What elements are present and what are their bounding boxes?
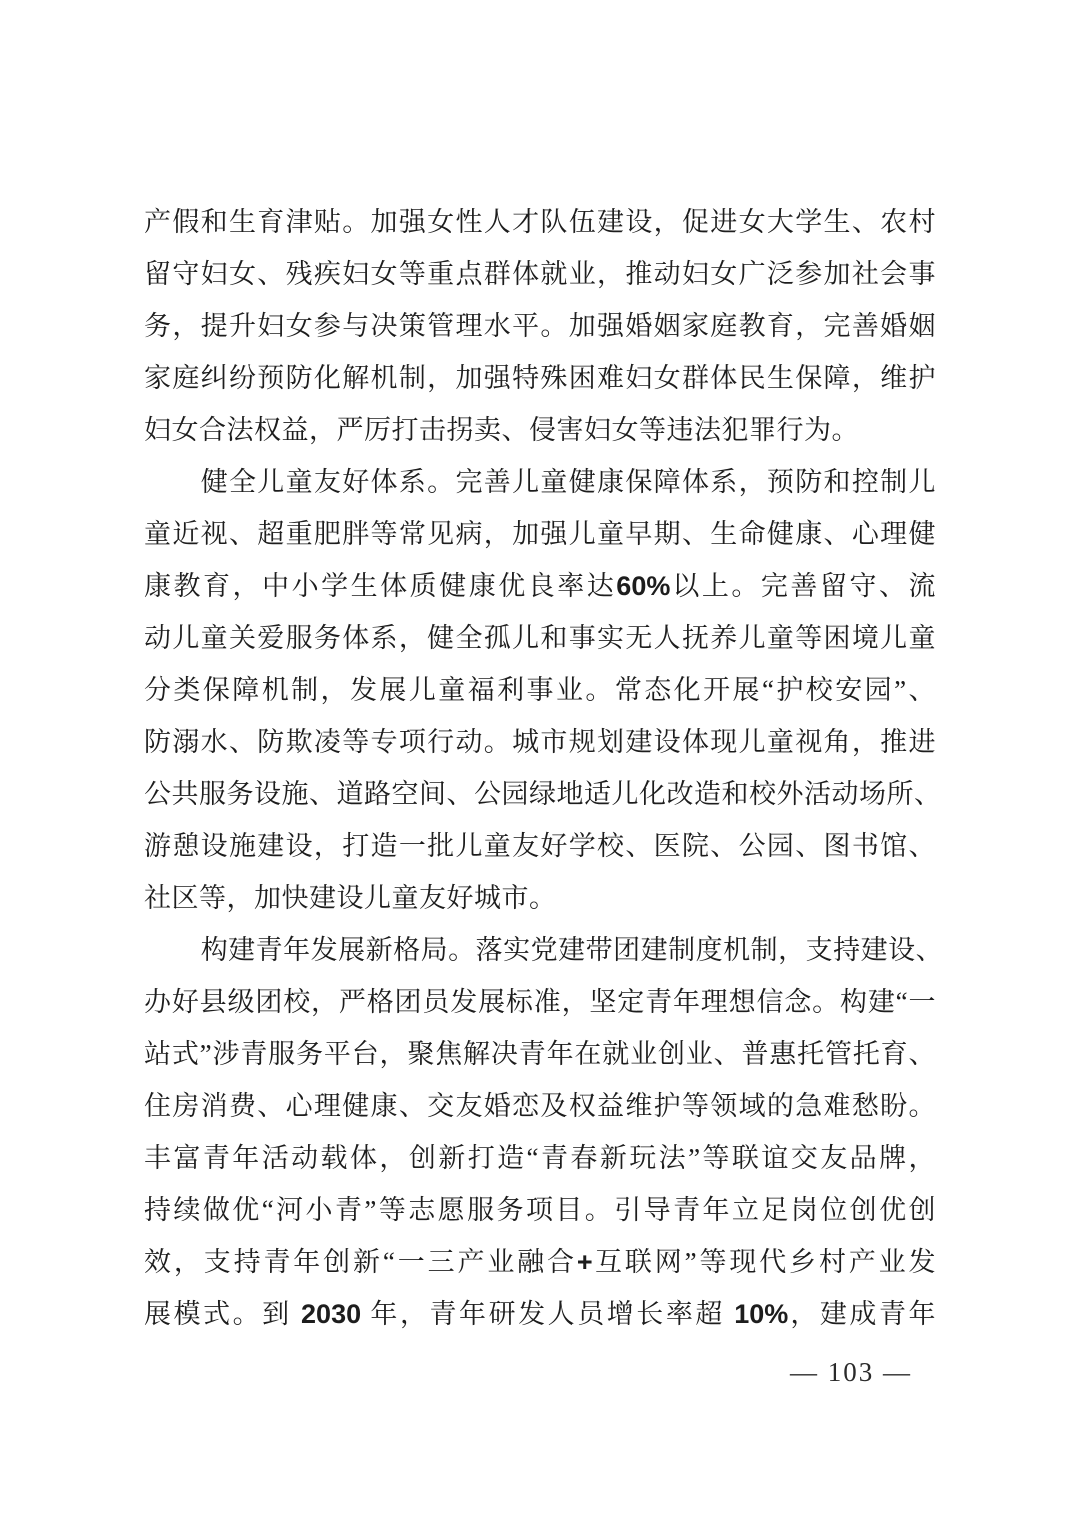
document-body: 产假和生育津贴。加强女性人才队伍建设，促进女大学生、农村 留守妇女、残疾妇女等重… xyxy=(144,196,936,1340)
text-line: 务，提升妇女参与决策管理水平。加强婚姻家庭教育，完善婚姻 xyxy=(144,300,936,352)
text-line: 留守妇女、残疾妇女等重点群体就业，推动妇女广泛参加社会事 xyxy=(144,248,936,300)
numeric-figure: 10% xyxy=(734,1299,788,1329)
numeric-figure: 2030 xyxy=(301,1299,361,1329)
text-line: 童近视、超重肥胖等常见病，加强儿童早期、生命健康、心理健 xyxy=(144,508,936,560)
paragraph-child-friendly-system: 健全儿童友好体系。完善儿童健康保障体系，预防和控制儿 童近视、超重肥胖等常见病，… xyxy=(144,456,936,924)
text-line: 康教育，中小学生体质健康优良率达60%以上。完善留守、流 xyxy=(144,560,936,612)
numeric-figure: + xyxy=(577,1247,593,1277)
text-line: 持续做优“河小青”等志愿服务项目。引导青年立足岗位创优创 xyxy=(144,1184,936,1236)
text-line: 动儿童关爱服务体系，健全孤儿和事实无人抚养儿童等困境儿童 xyxy=(144,612,936,664)
text-line: 站式”涉青服务平台，聚焦解决青年在就业创业、普惠托管托育、 xyxy=(144,1028,936,1080)
paragraph-women-rights: 产假和生育津贴。加强女性人才队伍建设，促进女大学生、农村 留守妇女、残疾妇女等重… xyxy=(144,196,936,456)
text-line: 防溺水、防欺凌等专项行动。城市规划建设体现儿童视角，推进 xyxy=(144,716,936,768)
text-line: 游憩设施建设，打造一批儿童友好学校、医院、公园、图书馆、 xyxy=(144,820,936,872)
text-line: 分类保障机制，发展儿童福利事业。常态化开展“护校安园”、 xyxy=(144,664,936,716)
text-line: 妇女合法权益，严厉打击拐卖、侵害妇女等违法犯罪行为。 xyxy=(144,404,936,456)
numeric-figure: 60% xyxy=(616,571,670,601)
text-line: 住房消费、心理健康、交友婚恋及权益维护等领域的急难愁盼。 xyxy=(144,1080,936,1132)
text-line: 效，支持青年创新“一三产业融合+互联网”等现代乡村产业发 xyxy=(144,1236,936,1288)
paragraph-youth-development: 构建青年发展新格局。落实党建带团建制度机制，支持建设、 办好县级团校，严格团员发… xyxy=(144,924,936,1340)
page-number: — 103 — xyxy=(790,1352,912,1392)
text-line: 构建青年发展新格局。落实党建带团建制度机制，支持建设、 xyxy=(144,924,936,976)
text-line: 办好县级团校，严格团员发展标准，坚定青年理想信念。构建“一 xyxy=(144,976,936,1028)
text-line: 社区等，加快建设儿童友好城市。 xyxy=(144,872,936,924)
document-page: 产假和生育津贴。加强女性人才队伍建设，促进女大学生、农村 留守妇女、残疾妇女等重… xyxy=(0,0,1074,1520)
text-line: 健全儿童友好体系。完善儿童健康保障体系，预防和控制儿 xyxy=(144,456,936,508)
text-line: 家庭纠纷预防化解机制，加强特殊困难妇女群体民生保障，维护 xyxy=(144,352,936,404)
text-line: 展模式。到 2030 年，青年研发人员增长率超 10%，建成青年 xyxy=(144,1288,936,1340)
text-line: 丰富青年活动载体，创新打造“青春新玩法”等联谊交友品牌， xyxy=(144,1132,936,1184)
text-line: 公共服务设施、道路空间、公园绿地适儿化改造和校外活动场所、 xyxy=(144,768,936,820)
text-line: 产假和生育津贴。加强女性人才队伍建设，促进女大学生、农村 xyxy=(144,196,936,248)
